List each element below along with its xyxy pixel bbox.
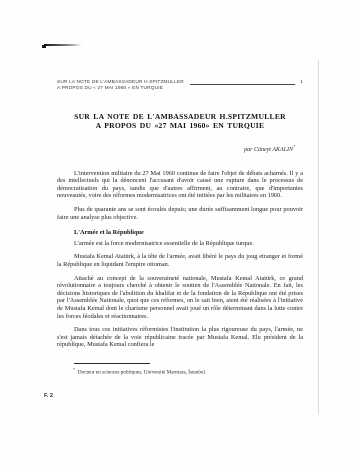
page-content: SUR LA NOTE DE L'AMBASSADEUR H.SPITZMULL…: [57, 0, 303, 377]
paragraph: Dans tous ces initiatives réformistes l'…: [57, 326, 303, 349]
page-edge-line: [318, 60, 319, 415]
byline-note-marker: *: [293, 144, 295, 149]
running-header-lines: SUR LA NOTE DE L'AMBASSADEUR H.SPITZMULL…: [57, 80, 184, 92]
paragraph: Plus de quarante ans se sont écoulés dep…: [57, 206, 303, 221]
article-title-line1: SUR LA NOTE DE L'AMBASSADEUR H.SPITZMULL…: [57, 112, 303, 121]
byline: par Cüneyt AKALIN*: [57, 144, 303, 153]
article-title: SUR LA NOTE DE L'AMBASSADEUR H.SPITZMULL…: [57, 112, 303, 131]
footnote-rule: [74, 363, 150, 364]
header-page-number: 1: [300, 80, 303, 86]
running-header-line2: A PROPOS DU « 27 MAI 1960 » EN TURQUIE: [57, 86, 184, 92]
byline-author: par Cüneyt AKALIN: [244, 147, 293, 153]
footnote-marker: *: [73, 368, 75, 372]
paragraph: L'intervention militaire du 27 Mai 1960 …: [57, 170, 303, 200]
paragraph: L'armée est la force modernisatrice esse…: [57, 240, 303, 248]
article-title-line2: A PROPOS DU «27 MAI 1960» EN TURQUIE: [57, 121, 303, 130]
footnote-text: Docteur en sciences politiques, Universi…: [78, 370, 206, 376]
footnote: *Docteur en sciences politiques, Univers…: [57, 367, 303, 376]
scanned-page: SUR LA NOTE DE L'AMBASSADEUR H.SPITZMULL…: [0, 0, 360, 466]
paragraph: Mustafa Kemal Atatürk, à la tête de l'ar…: [57, 253, 303, 268]
folio-label: F. 2: [44, 393, 53, 399]
running-header: SUR LA NOTE DE L'AMBASSADEUR H.SPITZMULL…: [57, 80, 303, 92]
paragraph: Attaché au concept de la souveraineté na…: [57, 275, 303, 321]
section-heading: L'Armée et la République: [57, 229, 303, 237]
article-body: L'intervention militaire du 27 Mai 1960 …: [57, 170, 303, 349]
header-leader-line: [190, 80, 295, 85]
